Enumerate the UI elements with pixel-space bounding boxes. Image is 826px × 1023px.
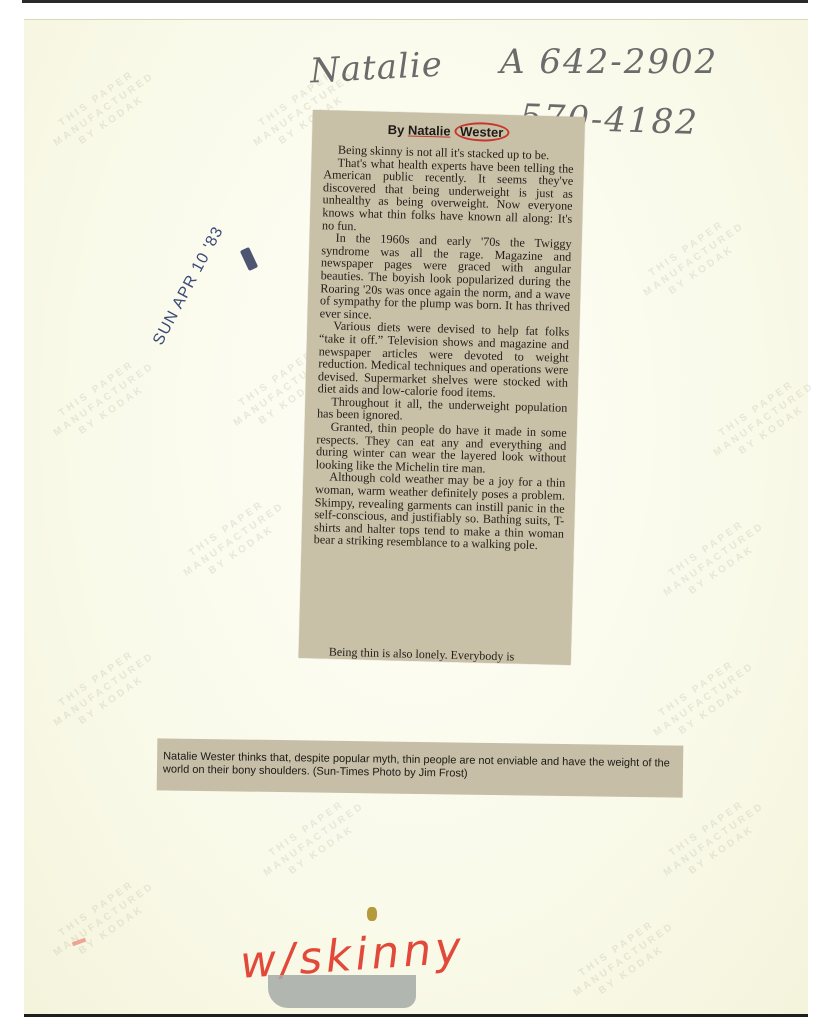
article-body: Being skinny is not all it's stacked up … bbox=[302, 135, 585, 553]
article-paragraph: Various diets were devised to help fat f… bbox=[318, 320, 570, 402]
newspaper-clipping: By Natalie Wester Being skinny is not al… bbox=[299, 110, 585, 665]
watermark: THIS PAPER MANUFACTURED BY KODAK bbox=[654, 789, 775, 890]
watermark: THIS PAPER MANUFACTURED BY KODAK bbox=[174, 489, 295, 590]
watermark: THIS PAPER MANUFACTURED BY KODAK bbox=[44, 349, 165, 450]
gold-stain bbox=[367, 907, 377, 921]
top-border bbox=[22, 0, 808, 3]
tape-residue bbox=[268, 975, 416, 1008]
article-paragraph: Although cold weather may be a joy for a… bbox=[314, 471, 566, 553]
handwritten-name: Natalie bbox=[309, 45, 444, 92]
watermark: THIS PAPER MANUFACTURED BY KODAK bbox=[704, 369, 825, 470]
byline-first-name: Natalie bbox=[408, 122, 451, 138]
watermark: THIS PAPER MANUFACTURED BY KODAK bbox=[44, 639, 165, 740]
watermark: THIS PAPER MANUFACTURED BY KODAK bbox=[254, 789, 375, 890]
watermark: THIS PAPER MANUFACTURED BY KODAK bbox=[44, 59, 165, 160]
byline-prefix: By bbox=[387, 122, 404, 137]
watermark: THIS PAPER MANUFACTURED BY KODAK bbox=[634, 209, 755, 310]
watermark: THIS PAPER MANUFACTURED BY KODAK bbox=[644, 649, 765, 750]
photo-caption: Natalie Wester thinks that, despite popu… bbox=[157, 738, 684, 797]
article-paragraph: In the 1960s and early '70s the Twiggy s… bbox=[320, 231, 572, 326]
watermark: THIS PAPER MANUFACTURED BY KODAK bbox=[564, 909, 685, 1010]
article-paragraph: Granted, thin people do have it made in … bbox=[316, 420, 567, 477]
article-paragraph: That's what health experts have been tel… bbox=[322, 156, 574, 238]
handwritten-phone-1: A 642-2902 bbox=[500, 42, 718, 82]
watermark: THIS PAPER MANUFACTURED BY KODAK bbox=[44, 869, 165, 970]
watermark: THIS PAPER MANUFACTURED BY KODAK bbox=[654, 509, 775, 610]
